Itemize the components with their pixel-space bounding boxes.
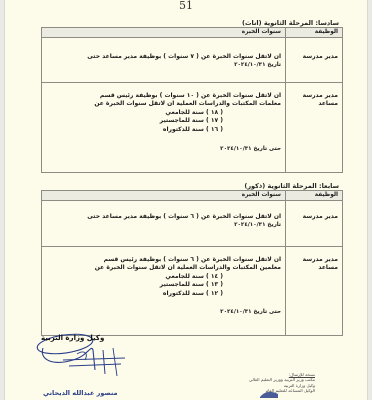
sub-item-bachelor: ( ١٤ ) سنة للجامعي xyxy=(46,273,223,281)
table-row: مدير مدرسة مساعد ان لاتقل سنوات الخبرة ع… xyxy=(42,83,342,172)
sub-item-doctorate: ( ١٢ ) سنة للدكتوراه xyxy=(46,290,223,298)
table-row: مدير مدرسة ان لاتقل سنوات الخبرة عن ( ٦ … xyxy=(42,201,342,247)
header-experience: سنوات الخبرة xyxy=(42,28,285,37)
experience-line: ان لاتقل سنوات الخبرة عن ( ١٠ سنوات ) بو… xyxy=(46,92,281,100)
job-cell: مدير مدرسة xyxy=(285,38,342,82)
job-line: مدير مدرسة xyxy=(290,92,338,100)
header-experience: سنوات الخبرة xyxy=(42,191,285,200)
table-header: الوظيفة سنوات الخبرة xyxy=(42,191,342,201)
experience-table-girls: الوظيفة سنوات الخبرة مدير مدرسة ان لاتقل… xyxy=(41,27,343,173)
experience-line: ان لاتقل سنوات الخبرة عن ( ٦ سنوات ) بوظ… xyxy=(46,256,281,264)
job-line: مساعد xyxy=(290,264,338,272)
table-row: مدير مدرسة ان لاتقل سنوات الخبرة عن ( ٧ … xyxy=(42,38,342,83)
sub-item-bachelor: ( ١٨ ) سنة للجامعي xyxy=(46,109,223,117)
job-cell: مدير مدرسة مساعد xyxy=(285,83,342,172)
experience-line: معلمات المكتبات والدراسات العملية ان لات… xyxy=(46,100,281,108)
until-date: حتى تاريخ ٢٠٢٤/١٠/٣١ xyxy=(46,308,281,316)
signatory-name: منصور عبدالله الديحاني xyxy=(43,389,118,397)
header-job: الوظيفة xyxy=(285,28,342,37)
experience-table-boys: الوظيفة سنوات الخبرة مدير مدرسة ان لاتقل… xyxy=(41,190,343,336)
document-page: 51 سادسا: المرحلة الثانوية (اناث) الوظيف… xyxy=(4,0,368,400)
experience-cell: ان لاتقل سنوات الخبرة عن ( ٦ سنوات ) بوظ… xyxy=(42,247,285,335)
experience-line: تاريخ ٢٠٢٤/١٠/٣١ xyxy=(46,221,281,229)
until-date: حتى تاريخ ٢٠٢٤/١٠/٣١ xyxy=(46,145,281,153)
experience-line: معلمين المكتبات والدراسات العملية ان لات… xyxy=(46,264,281,272)
experience-cell: ان لاتقل سنوات الخبرة عن ( ٦ سنوات ) بوظ… xyxy=(42,201,285,246)
experience-line: تاريخ ٢٠٢٤/١٠/٣١ xyxy=(46,61,281,69)
experience-cell: ان لاتقل سنوات الخبرة عن ( ١٠ سنوات ) بو… xyxy=(42,83,285,172)
page-number: 51 xyxy=(5,0,367,12)
table-row: مدير مدرسة مساعد ان لاتقل سنوات الخبرة ع… xyxy=(42,247,342,335)
experience-line: ان لاتقل سنوات الخبرة عن ( ٦ سنوات ) بوظ… xyxy=(46,213,281,221)
sub-item-master: ( ١٧ ) سنة للماجستير xyxy=(46,117,223,125)
sub-item-master: ( ١٣ ) سنة للماجستير xyxy=(46,281,223,289)
experience-cell: ان لاتقل سنوات الخبرة عن ( ٧ سنوات ) بوظ… xyxy=(42,38,285,82)
job-cell: مدير مدرسة مساعد xyxy=(285,247,342,335)
header-job: الوظيفة xyxy=(285,191,342,200)
job-line: مدير مدرسة xyxy=(290,256,338,264)
job-cell: مدير مدرسة xyxy=(285,201,342,246)
stamp-mark-icon xyxy=(258,388,280,398)
signature-title: وكيل وزارة التربية xyxy=(41,334,104,342)
table-header: الوظيفة سنوات الخبرة xyxy=(42,28,342,38)
sub-item-doctorate: ( ١٦ ) سنة للدكتوراه xyxy=(46,126,223,134)
experience-line: ان لاتقل سنوات الخبرة عن ( ٧ سنوات ) بوظ… xyxy=(46,53,281,61)
job-line: مساعد xyxy=(290,100,338,108)
